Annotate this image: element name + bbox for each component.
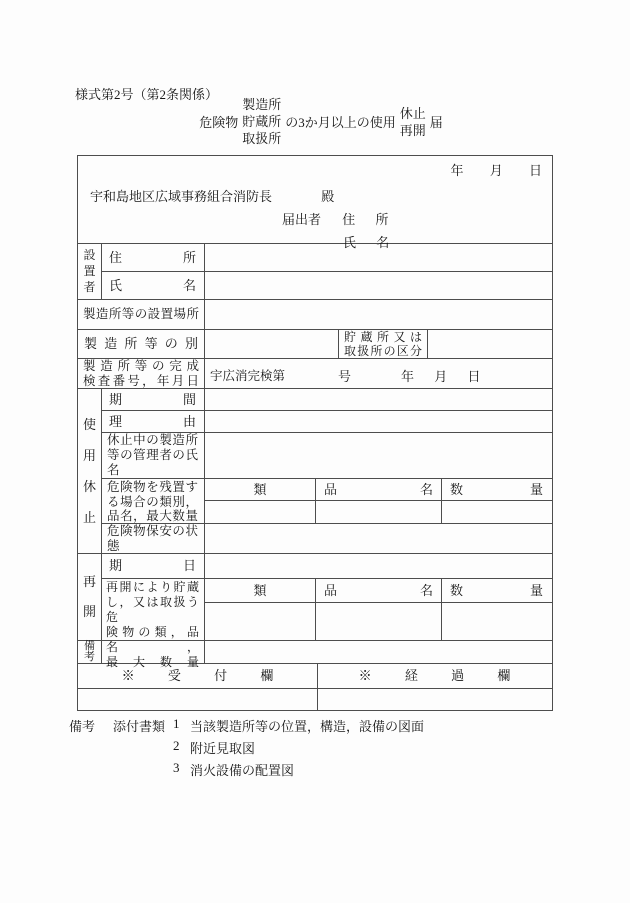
addressee: 宇和島地区広域事務組合消防長 (90, 189, 272, 204)
resumption-materials-label: 再開により貯蔵 し，又は取扱う危 険物の類，品名， 最大数量 (102, 579, 203, 640)
reception-column-header: ※ 受 付 欄 (78, 664, 317, 688)
attachment-item-number: 1 (173, 716, 180, 732)
suspension-name-header: 品名 (316, 479, 441, 500)
applicant-address-label: 住 所 (342, 212, 388, 227)
form-title: 危険物 製造所 貯蔵所 取扱所 の3か月以上の使用 休止 再開 届 (0, 96, 630, 147)
progress-column-header: ※ 経 過 欄 (318, 664, 551, 688)
attachment-item-number: 3 (173, 760, 180, 776)
resumption-vertical-label: 再 開 (78, 554, 101, 627)
suspension-period-value (205, 389, 551, 410)
location-label: 製造所等の設置場所 (78, 300, 204, 329)
installer-address-label: 住所 (102, 244, 203, 271)
honorific: 殿 (321, 189, 334, 204)
suspension-manager-value (205, 433, 551, 478)
installer-address-value (205, 244, 551, 271)
resumption-quantity-header: 数量 (442, 579, 551, 602)
title-middle: の3か月以上の使用 (285, 112, 396, 131)
progress-area (318, 689, 551, 710)
footer-attachments-label: 添付書類 (113, 716, 165, 735)
suspension-safety-value (205, 524, 551, 553)
installer-name-value (205, 272, 551, 299)
suspension-reason-label: 理由 (102, 411, 203, 432)
suspension-materials-value-row (205, 501, 551, 523)
resumption-materials-value-row (205, 603, 551, 640)
suspension-period-label: 期間 (102, 389, 203, 410)
suspension-remaining-label: 危険物を残置す る場合の類別， 品名，最大数量 (102, 480, 203, 523)
title-action-options: 休止 再開 (400, 105, 426, 139)
attachment-item-text: 消火設備の配置図 (190, 760, 294, 779)
completion-unit: 号 (338, 366, 351, 385)
storage-type-value (428, 330, 551, 358)
suspension-quantity-header: 数量 (442, 479, 551, 500)
attachment-item-text: 当該製造所等の位置，構造，設備の図面 (190, 716, 424, 735)
suspension-vertical-label: 使 用 休 止 (78, 389, 101, 533)
applicant-line: 届出者 住 所 (282, 209, 389, 228)
storage-type-label: 貯蔵所又は 取扱所の区分 (339, 330, 427, 358)
reception-area (78, 689, 317, 710)
installer-vertical-label: 設 置 者 (78, 247, 101, 295)
form-page: 様式第2号（第2条関係） 危険物 製造所 貯蔵所 取扱所 の3か月以上の使用 休… (0, 0, 630, 903)
resumption-class-header: 類 (205, 579, 315, 602)
suspension-safety-label: 危険物保安の状 態 (102, 524, 203, 553)
remarks-value (102, 641, 551, 663)
applicant-label: 届出者 (282, 212, 321, 227)
location-value (205, 300, 551, 329)
attachment-item-number: 2 (173, 738, 180, 754)
resumption-date-label: 期日 (102, 554, 203, 578)
completion-prefix: 宇広消完検第 (210, 366, 285, 384)
completion-date: 年 月 日 (401, 366, 481, 385)
completion-value-cell: 宇広消完検第 号 年 月 日 (205, 359, 551, 388)
title-prefix: 危険物 (199, 112, 238, 131)
date-line: 年 月 日 (430, 160, 542, 179)
addressee-line: 宇和島地区広域事務組合消防長 殿 (90, 186, 334, 205)
title-facility-options: 製造所 貯蔵所 取扱所 (242, 96, 281, 147)
remarks-vertical-label: 備 考 (78, 641, 101, 663)
attachment-item-text: 附近見取図 (190, 738, 255, 757)
title-suffix: 届 (430, 112, 443, 131)
installer-name-label: 氏名 (102, 272, 203, 299)
suspension-manager-label: 休止中の製造所 等の管理者の氏 名 (102, 433, 203, 478)
category-label: 製造所等の別 (78, 330, 204, 358)
footer-remarks-label: 備考 (69, 716, 95, 735)
resumption-name-header: 品名 (316, 579, 441, 602)
resumption-date-value (205, 554, 551, 578)
suspension-class-header: 類 (205, 479, 315, 500)
completion-label: 製造所等の完成 検査番号，年月日 (78, 359, 204, 388)
category-value (205, 330, 338, 358)
suspension-reason-value (205, 411, 551, 432)
